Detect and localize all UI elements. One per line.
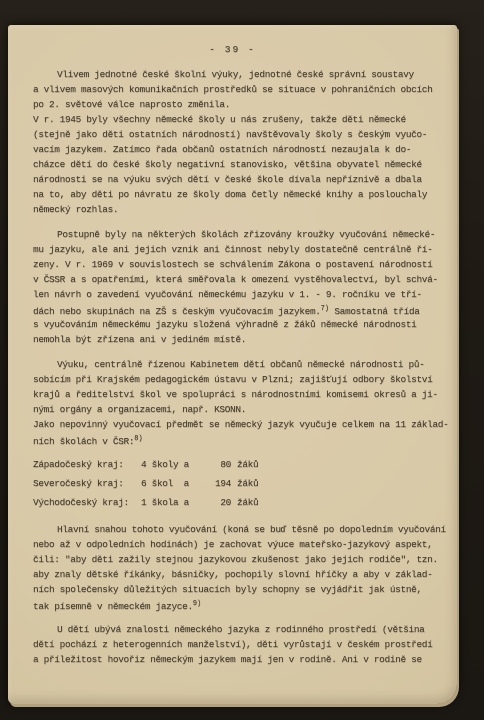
statistics-table: Západočeský kraj:4 školy a80žákůSeveroče… [33,455,457,512]
footnote-ref: 7) [321,305,329,313]
table-cell: 20 [205,493,231,512]
text-run: U dětí ubývá znalosti německého jazyka z… [57,624,425,635]
table-cell: 80 [205,455,231,474]
text-run: dách nebo skupinách na ZŠ s českým vyučo… [33,306,321,317]
paragraph: Postupně byly na některých školách zřizo… [33,227,457,347]
table-cell: 6 škol a [141,474,205,493]
text-line: německý rozhlas. [33,202,457,217]
text-line: s vyučováním německému jazyku složená vý… [33,317,457,332]
text-line: Hlavní snahou tohoto vyučování (koná se … [33,522,457,537]
text-line: na to, aby děti po návratu ze školy doma… [33,187,457,202]
paragraph: Vlivem jednotné české školní výuky, jedn… [33,67,457,217]
text-run: (stejně jako děti ostatních národností) … [33,129,427,140]
text-run: po 2. světové válce naprosto změnila. [33,99,230,110]
text-line: len návrh o zavedení vyučování německému… [33,287,457,302]
text-run: Postupně byly na některých školách zřizo… [57,229,435,240]
text-run: Hlavní snahou tohoto vyučování (koná se … [57,524,446,535]
text-run: mu jazyku, ale ani jejich vznik ani činn… [33,244,432,255]
text-line: dětí pochází z heterogenních manželství)… [33,637,457,652]
text-run: a příležitost hovořiz německým jazykem m… [33,654,422,665]
text-run: národnosti se na výuku svých dětí v česk… [33,174,422,185]
text-line: nebo až v odpoledních hodinách) je zacho… [33,537,457,552]
text-line: nými orgány a organizacemi, např. KSONN. [33,402,457,417]
text-line: Výuku, centrálně řízenou Kabinetem dětí … [33,357,457,372]
paragraph: Hlavní snahou tohoto vyučování (koná se … [33,522,457,612]
text-line: po 2. světové válce naprosto změnila. [33,97,457,112]
page-text: Vlivem jednotné české školní výuky, jedn… [8,67,457,667]
text-run: aby znaly dětské říkánky, básničky, poch… [33,569,432,580]
table-row: Severočeský kraj:6 škol a194žáků [33,474,457,493]
text-run: nemohla být zřízena ani v jediném místě. [33,334,246,345]
text-line: aby znaly dětské říkánky, básničky, poch… [33,567,457,582]
text-line: (stejně jako děti ostatních národností) … [33,127,457,142]
scanned-page: - 39 - Vlivem jednotné české školní výuk… [8,25,457,704]
table-cell: Severočeský kraj: [33,474,141,493]
text-run: Jako nepovinný vyučovací předmět se něme… [33,419,448,430]
scan-background: { "page": { "number_label": "- 39 -", "p… [0,0,484,720]
footnote-ref: 9) [193,600,201,608]
text-line: mu jazyku, ale ani jejich vznik ani činn… [33,242,457,257]
table-cell: žáků [231,493,457,512]
text-run: dětí pochází z heterogenních manželství)… [33,639,432,650]
text-run: krajů a ředitelství škol ve spolupráci s… [33,389,438,400]
text-line: Jako nepovinný vyučovací předmět se něme… [33,417,457,432]
text-run: nými orgány a organizacemi, např. KSONN. [33,404,246,415]
text-run: na to, aby děti po návratu ze školy doma… [33,189,427,200]
text-run: ních školách v ČSR: [33,436,134,447]
text-run: nebo až v odpoledních hodinách) je zacho… [33,539,432,550]
text-run: německý rozhlas. [33,204,118,215]
text-line: tak písemně v německém jazyce.9) [33,597,457,612]
text-line: Vlivem jednotné české školní výuky, jedn… [33,67,457,82]
text-line: a příležitost hovořiz německým jazykem m… [33,652,457,667]
text-line: a vlivem masových komunikačních prostřed… [33,82,457,97]
text-line: nemohla být zřízena ani v jediném místě. [33,332,457,347]
table-cell: žáků [231,455,457,474]
table-row: Východočeský kraj:1 škola a20žáků [33,493,457,512]
table-cell: žáků [231,474,457,493]
text-run: Samostatná třída [329,306,420,317]
text-run: Výuku, centrálně řízenou Kabinetem dětí … [57,359,425,370]
text-run: Vlivem jednotné české školní výuky, jedn… [57,69,414,80]
paragraph: Výuku, centrálně řízenou Kabinetem dětí … [33,357,457,447]
text-run: čili: "aby děti zažily stejnou jazykovou… [33,554,438,565]
text-line: dách nebo skupinách na ZŠ s českým vyučo… [33,302,457,317]
page-number: - 39 - [8,42,457,57]
text-line: vacím jazykem. Zatímco řada občanů ostat… [33,142,457,157]
text-line: v ČSSR a s opatřeními, která směřovala k… [33,272,457,287]
text-line: zeny. V r. 1969 v souvislostech se schvá… [33,257,457,272]
table-cell: Východočeský kraj: [33,493,141,512]
text-run: V r. 1945 byly všechny německé školy u n… [33,114,406,125]
text-line: ních společensky důležitých situacích by… [33,582,457,597]
text-line: U dětí ubývá znalosti německého jazyka z… [33,622,457,637]
text-run: s vyučováním německému jazyku složená vý… [33,319,416,330]
text-run: vacím jazykem. Zatímco řada občanů ostat… [33,144,411,155]
text-line: cházce dětí do české školy negativní sta… [33,157,457,172]
table-cell: 4 školy a [141,455,205,474]
footnote-ref: 8) [134,435,142,443]
text-run: cházce dětí do české školy negativní sta… [33,159,422,170]
text-run: v ČSSR a s opatřeními, která směřovala k… [33,274,438,285]
table-cell: 194 [205,474,231,493]
text-line: krajů a ředitelství škol ve spolupráci s… [33,387,457,402]
text-line: národnosti se na výuku svých dětí v česk… [33,172,457,187]
table-cell: 1 škola a [141,493,205,512]
text-line: V r. 1945 byly všechny německé školy u n… [33,112,457,127]
text-line: ních školách v ČSR:8) [33,432,457,447]
text-run: zeny. V r. 1969 v souvislostech se schvá… [33,259,432,270]
paragraph: U dětí ubývá znalosti německého jazyka z… [33,622,457,667]
text-run: tak písemně v německém jazyce. [33,601,193,612]
text-run: len návrh o zavedení vyučování německému… [33,289,422,300]
text-run: sobícím při Krajském pedagogickém ústavu… [33,374,432,385]
table-row: Západočeský kraj:4 školy a80žáků [33,455,457,474]
table-cell: Západočeský kraj: [33,455,141,474]
text-run: a vlivem masových komunikačních prostřed… [33,84,432,95]
text-run: ních společensky důležitých situacích by… [33,584,422,595]
text-line: čili: "aby děti zažily stejnou jazykovou… [33,552,457,567]
text-line: sobícím při Krajském pedagogickém ústavu… [33,372,457,387]
text-line: Postupně byly na některých školách zřizo… [33,227,457,242]
